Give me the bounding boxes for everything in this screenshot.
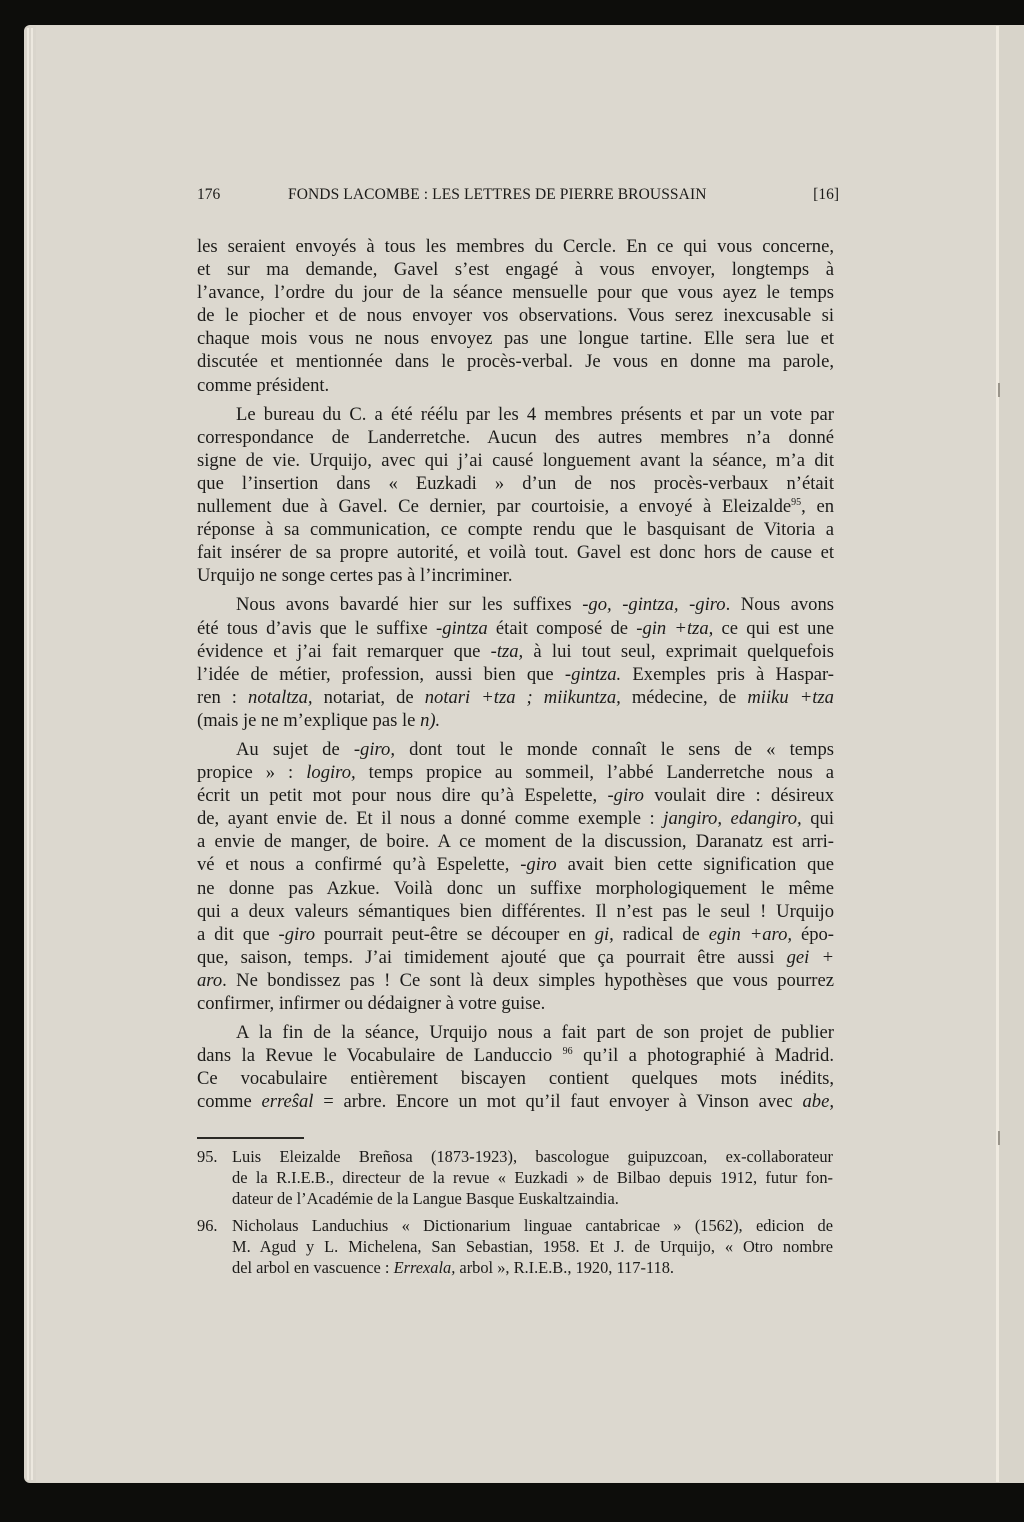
italic-term: miiku +tza bbox=[747, 687, 834, 708]
page-number: 176 bbox=[197, 183, 220, 207]
italic-term: egin +aro, bbox=[709, 924, 792, 945]
italic-term: gi, bbox=[595, 924, 614, 945]
text-line: correspondance de Landerretche. Aucun de… bbox=[197, 426, 834, 449]
text-line: de, ayant envie de. Et il nous a donné c… bbox=[197, 807, 834, 830]
footnote-line: Nicholaus Landuchius « Dictionarium ling… bbox=[232, 1216, 833, 1237]
italic-term: jangiro, edangiro, bbox=[663, 808, 801, 829]
text-line: signe de vie. Urquijo, avec qui j’ai cau… bbox=[197, 449, 834, 472]
text-line: dans la Revue le Vocabulaire de Landucci… bbox=[197, 1044, 834, 1067]
text-line: fait insérer de sa propre autorité, et v… bbox=[197, 541, 834, 564]
text-line: ren : notaltza, notariat, de notari +tza… bbox=[197, 686, 834, 709]
text-line: de le piocher et de nous envoyer vos obs… bbox=[197, 304, 834, 327]
text-line: Ce vocabulaire entièrement biscayen cont… bbox=[197, 1067, 834, 1090]
italic-term: -gintza. bbox=[565, 664, 621, 685]
footnotes: 95. Luis Eleizalde Breñosa (1873-1923), … bbox=[197, 1147, 833, 1286]
footnote-line: del arbol en vascuence : Errexala, arbol… bbox=[232, 1258, 833, 1279]
text-line: les seraient envoyés à tous les membres … bbox=[197, 235, 834, 258]
facing-page-edge bbox=[999, 26, 1024, 1482]
text-line: que l’insertion dans « Euzkadi » d’un de… bbox=[197, 472, 834, 495]
text-line: l’idée de métier, profession, aussi bien… bbox=[197, 663, 834, 686]
italic-term: -giro, bbox=[354, 739, 395, 760]
paragraph: A la fin de la séance, Urquijo nous a fa… bbox=[197, 1021, 834, 1113]
italic-term: abe, bbox=[802, 1091, 834, 1112]
footnote-number: 95. bbox=[197, 1147, 218, 1168]
italic-term: gei + bbox=[787, 947, 834, 968]
running-head: 176 FONDS LACOMBE : LES LETTRES DE PIERR… bbox=[197, 183, 839, 207]
italic-term: -go, -gintza, -giro bbox=[582, 594, 725, 615]
text-line: l’avance, l’ordre du jour de la séance m… bbox=[197, 281, 834, 304]
paragraph: Le bureau du C. a été réélu par les 4 me… bbox=[197, 403, 834, 588]
footnote-ref-95[interactable]: 95 bbox=[791, 497, 801, 508]
text-line: vé et nous a confirmé qu’à Espelette, -g… bbox=[197, 853, 834, 876]
text-line: comme président. bbox=[197, 374, 834, 397]
text-segment: , en bbox=[801, 496, 834, 517]
page-edge bbox=[27, 28, 29, 1480]
running-title: FONDS LACOMBE : LES LETTRES DE PIERRE BR… bbox=[288, 183, 707, 207]
italic-term: -gin +tza, bbox=[636, 618, 713, 639]
text-line: Urquijo ne songe certes pas à l’incrimin… bbox=[197, 564, 834, 587]
paragraph: Nous avons bavardé hier sur les suffixes… bbox=[197, 593, 834, 732]
italic-term: erreŝal bbox=[261, 1091, 313, 1112]
paragraph: Au sujet de -giro, dont tout le monde co… bbox=[197, 738, 834, 1015]
page-edge bbox=[31, 28, 33, 1480]
text-line: écrit un petit mot pour nous dire qu’à E… bbox=[197, 784, 834, 807]
text-line: Le bureau du C. a été réélu par les 4 me… bbox=[197, 403, 834, 426]
page-mark bbox=[998, 1131, 1000, 1145]
footnote-number: 96. bbox=[197, 1216, 218, 1237]
footnote-line: M. Agud y L. Michelena, San Sebastian, 1… bbox=[232, 1237, 833, 1258]
text-line: nullement due à Gavel. Ce dernier, par c… bbox=[197, 495, 834, 518]
footnote-line: dateur de l’Académie de la Langue Basque… bbox=[232, 1189, 833, 1210]
text-line: réponse à sa communication, ce compte re… bbox=[197, 518, 834, 541]
text-line: propice » : logiro, temps propice au som… bbox=[197, 761, 834, 784]
text-line: comme erreŝal = arbre. Encore un mot qu’… bbox=[197, 1090, 834, 1113]
footnote-line: Luis Eleizalde Breñosa (1873-1923), basc… bbox=[232, 1147, 833, 1168]
text-line: a envie de manger, de boire. A ce moment… bbox=[197, 830, 834, 853]
italic-term: logiro, bbox=[306, 762, 355, 783]
text-line: ne donne pas Azkue. Voilà donc un suffix… bbox=[197, 877, 834, 900]
italic-term: aro bbox=[197, 970, 222, 991]
text-line: été tous d’avis que le suffixe -gintza é… bbox=[197, 617, 834, 640]
text-line: A la fin de la séance, Urquijo nous a fa… bbox=[197, 1021, 834, 1044]
footnote-95: 95. Luis Eleizalde Breñosa (1873-1923), … bbox=[197, 1147, 833, 1209]
italic-term: -giro bbox=[607, 785, 644, 806]
footnote-line: de la R.I.E.B., directeur de la revue « … bbox=[232, 1168, 833, 1189]
footnote-96: 96. Nicholaus Landuchius « Dictionarium … bbox=[197, 1216, 833, 1278]
footnote-divider bbox=[197, 1137, 304, 1139]
body-text: les seraient envoyés à tous les membres … bbox=[197, 235, 834, 1119]
italic-term: notaltza, bbox=[248, 687, 313, 708]
text-line: a dit que -giro pourrait peut-être se dé… bbox=[197, 923, 834, 946]
paragraph: les seraient envoyés à tous les membres … bbox=[197, 235, 834, 397]
text-line: (mais je ne m’explique pas le n). bbox=[197, 709, 834, 732]
text-line: que, saison, temps. J’ai timidement ajou… bbox=[197, 946, 834, 969]
italic-term: Errexala, bbox=[394, 1258, 456, 1277]
text-line: Au sujet de -giro, dont tout le monde co… bbox=[197, 738, 834, 761]
text-segment: nullement due à Gavel. Ce dernier, par c… bbox=[197, 496, 791, 517]
text-line: qui a deux valeurs sémantiques bien diff… bbox=[197, 900, 834, 923]
italic-term: n). bbox=[420, 710, 440, 731]
section-number: [16] bbox=[813, 183, 839, 207]
text-line: Nous avons bavardé hier sur les suffixes… bbox=[197, 593, 834, 616]
italic-term: -giro bbox=[520, 854, 557, 875]
text-line: évidence et j’ai fait remarquer que -tza… bbox=[197, 640, 834, 663]
page-mark bbox=[998, 383, 1000, 397]
footnote-ref-96[interactable]: 96 bbox=[563, 1046, 573, 1057]
text-line: aro. Ne bondissez pas ! Ce sont là deux … bbox=[197, 969, 834, 992]
text-line: chaque mois vous ne nous envoyez pas une… bbox=[197, 327, 834, 350]
italic-term: -tza, bbox=[491, 641, 524, 662]
text-line: et sur ma demande, Gavel s’est engagé à … bbox=[197, 258, 834, 281]
italic-term: -giro bbox=[279, 924, 316, 945]
text-line: confirmer, infirmer ou dédaigner à votre… bbox=[197, 992, 834, 1015]
text-line: discutée et mentionnée dans le procès-ve… bbox=[197, 350, 834, 373]
italic-term: notari +tza ; miikuntza, bbox=[425, 687, 621, 708]
italic-term: -gintza bbox=[436, 618, 488, 639]
